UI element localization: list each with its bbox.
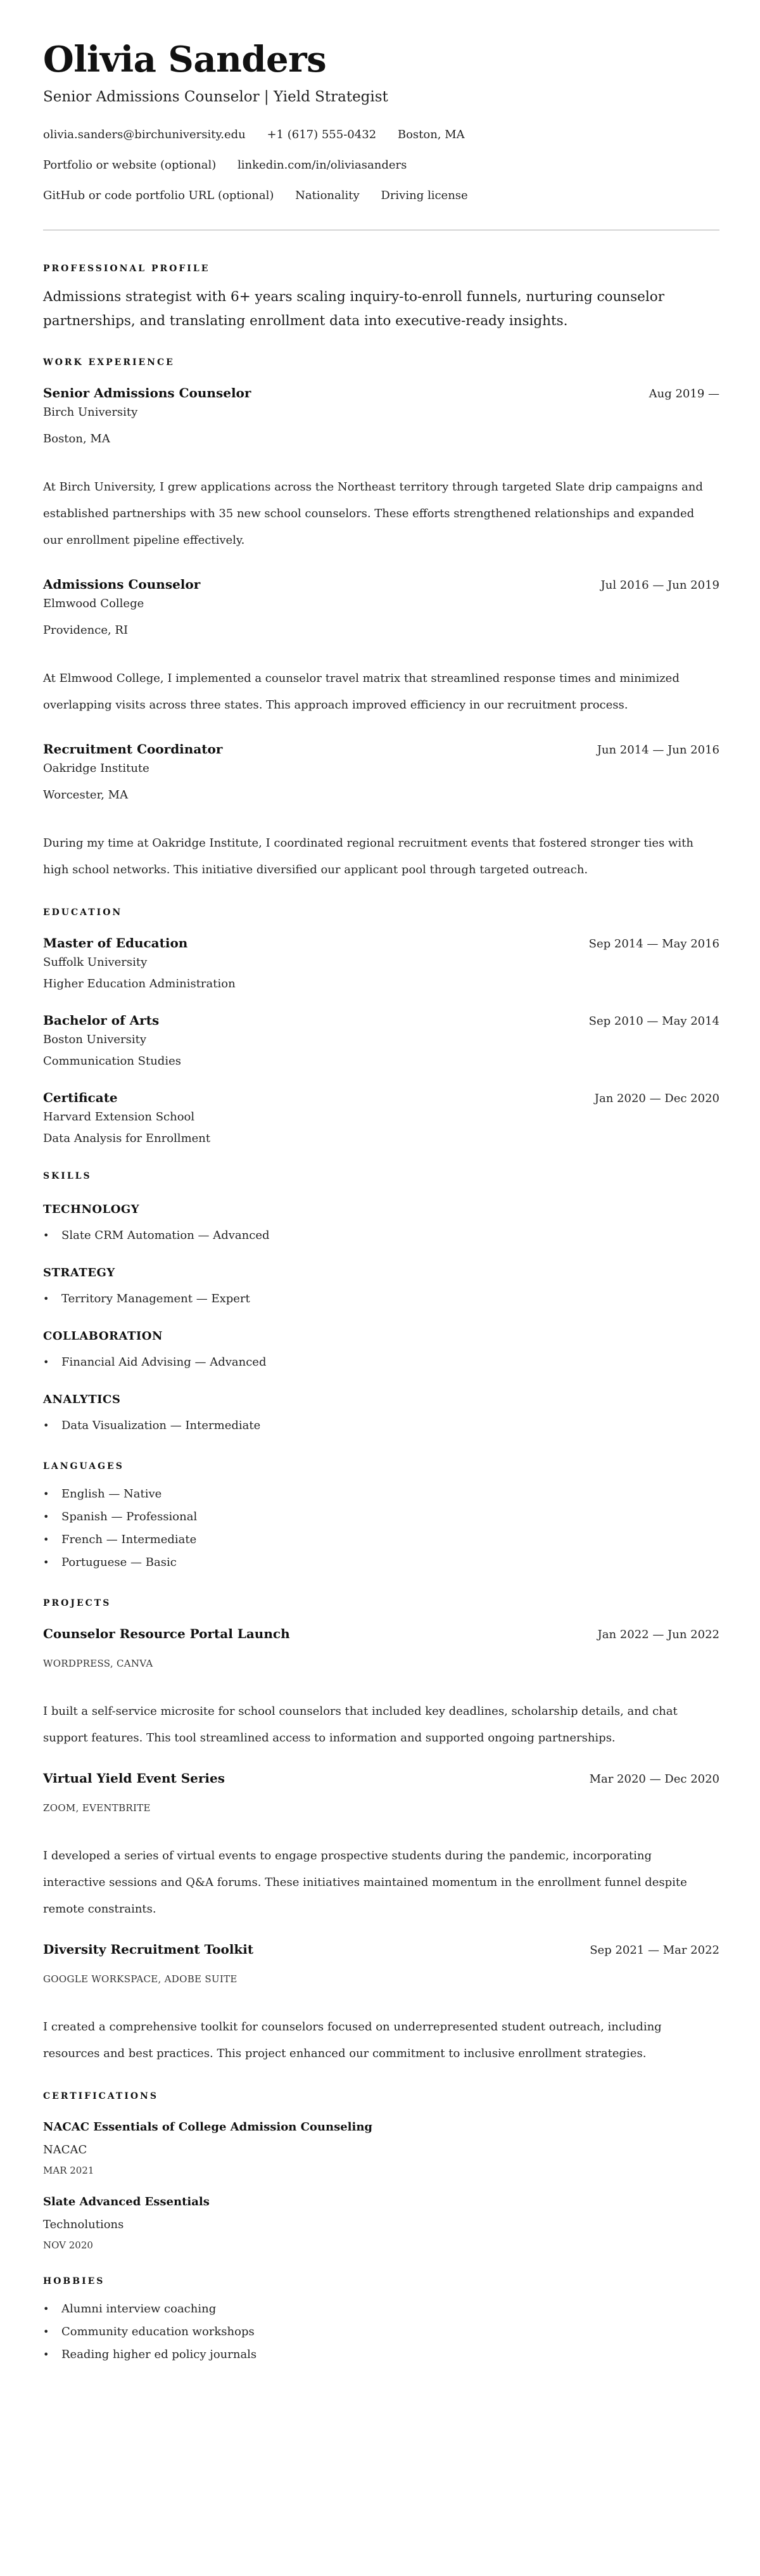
language-list: English — Native Spanish — Professional …	[43, 1483, 719, 1574]
hobby-item: Alumni interview coaching	[61, 2298, 719, 2321]
project-date: Sep 2021 — Mar 2022	[590, 1942, 719, 1959]
school-name: Boston University	[43, 1032, 719, 1048]
project-entry: Diversity Recruitment Toolkit Sep 2021 —…	[43, 1940, 719, 2067]
skill-item: Data Visualization — Intermediate	[61, 1414, 719, 1437]
contact-row: olivia.sanders@birchuniversity.edu +1 (6…	[43, 127, 719, 143]
contact-nationality: Nationality	[295, 189, 360, 202]
contact-row: GitHub or code portfolio URL (optional) …	[43, 188, 719, 204]
skill-group-title: STRATEGY	[43, 1265, 719, 1281]
job-location: Worcester, MA	[43, 787, 719, 804]
degree-title: Certificate	[43, 1089, 118, 1106]
header-divider	[43, 229, 719, 231]
certification-entry: NACAC Essentials of College Admission Co…	[43, 2119, 719, 2177]
contact-github[interactable]: GitHub or code portfolio URL (optional)	[43, 189, 274, 202]
job-title: Admissions Counselor	[43, 575, 200, 593]
candidate-headline: Senior Admissions Counselor | Yield Stra…	[43, 86, 719, 108]
job-location: Boston, MA	[43, 431, 719, 447]
project-title: Counselor Resource Portal Launch	[43, 1625, 290, 1643]
job-company: Birch University	[43, 404, 719, 421]
job-company: Elmwood College	[43, 596, 719, 612]
project-title: Virtual Yield Event Series	[43, 1769, 225, 1787]
projects-section: Projects Counselor Resource Portal Launc…	[43, 1597, 719, 2067]
education-date: Sep 2010 — May 2014	[589, 1013, 719, 1030]
project-title: Diversity Recruitment Toolkit	[43, 1940, 253, 1958]
contact-portfolio[interactable]: Portfolio or website (optional)	[43, 158, 216, 172]
education-entry: Certificate Jan 2020 — Dec 2020 Harvard …	[43, 1089, 719, 1147]
section-title: Professional Profile	[43, 262, 719, 275]
resume-page: Olivia Sanders Senior Admissions Counsel…	[0, 0, 760, 2392]
project-tech: WordPress, Canva	[43, 1656, 719, 1670]
hobby-list: Alumni interview coaching Community educ…	[43, 2298, 719, 2366]
project-description: I created a comprehensive toolkit for co…	[43, 2014, 719, 2067]
certification-date: Mar 2021	[43, 2163, 719, 2177]
project-entry: Counselor Resource Portal Launch Jan 202…	[43, 1625, 719, 1752]
degree-title: Bachelor of Arts	[43, 1011, 159, 1029]
skill-list: Financial Aid Advising — Advanced	[43, 1351, 719, 1374]
job-date: Jun 2014 — Jun 2016	[597, 741, 719, 759]
section-title: Education	[43, 906, 719, 919]
job-title: Senior Admissions Counselor	[43, 384, 251, 402]
certification-issuer: Technolutions	[43, 2217, 719, 2233]
degree-title: Master of Education	[43, 934, 187, 952]
contact-email[interactable]: olivia.sanders@birchuniversity.edu	[43, 128, 246, 141]
school-name: Suffolk University	[43, 954, 719, 971]
section-title: Work Experience	[43, 356, 719, 369]
skill-item: Financial Aid Advising — Advanced	[61, 1351, 719, 1374]
language-item: Portuguese — Basic	[61, 1551, 719, 1574]
hobby-item: Reading higher ed policy journals	[61, 2343, 719, 2366]
hobbies-section: Hobbies Alumni interview coaching Commun…	[43, 2275, 719, 2366]
skill-group-title: TECHNOLOGY	[43, 1201, 719, 1218]
project-date: Jan 2022 — Jun 2022	[598, 1626, 719, 1644]
contact-location: Boston, MA	[398, 128, 465, 141]
field-of-study: Communication Studies	[43, 1053, 719, 1070]
field-of-study: Data Analysis for Enrollment	[43, 1131, 719, 1147]
hobby-item: Community education workshops	[61, 2321, 719, 2343]
section-title: Hobbies	[43, 2275, 719, 2288]
skill-list: Slate CRM Automation — Advanced	[43, 1224, 719, 1247]
project-description: I developed a series of virtual events t…	[43, 1843, 719, 1923]
job-company: Oakridge Institute	[43, 760, 719, 777]
job-date: Jul 2016 — Jun 2019	[601, 577, 719, 594]
certification-date: Nov 2020	[43, 2238, 719, 2252]
skill-group-title: COLLABORATION	[43, 1328, 719, 1345]
field-of-study: Higher Education Administration	[43, 976, 719, 992]
job-location: Providence, RI	[43, 622, 719, 639]
school-name: Harvard Extension School	[43, 1109, 719, 1125]
skill-item: Territory Management — Expert	[61, 1288, 719, 1310]
certification-issuer: NACAC	[43, 2142, 719, 2158]
education-entry: Bachelor of Arts Sep 2010 — May 2014 Bos…	[43, 1011, 719, 1070]
job-description: During my time at Oakridge Institute, I …	[43, 830, 719, 883]
candidate-name: Olivia Sanders	[43, 37, 719, 82]
profile-section: Professional Profile Admissions strategi…	[43, 262, 719, 333]
profile-summary: Admissions strategist with 6+ years scal…	[43, 285, 719, 333]
section-title: Skills	[43, 1170, 719, 1182]
skill-list: Territory Management — Expert	[43, 1288, 719, 1310]
section-title: Certifications	[43, 2090, 719, 2103]
project-tech: Zoom, Eventbrite	[43, 1801, 719, 1815]
certification-title: Slate Advanced Essentials	[43, 2194, 719, 2210]
skill-group-title: ANALYTICS	[43, 1392, 719, 1408]
project-description: I built a self-service microsite for sch…	[43, 1698, 719, 1752]
section-title: Languages	[43, 1460, 719, 1473]
skills-section: Skills TECHNOLOGY Slate CRM Automation —…	[43, 1170, 719, 1437]
project-date: Mar 2020 — Dec 2020	[590, 1771, 719, 1788]
certifications-section: Certifications NACAC Essentials of Colle…	[43, 2090, 719, 2252]
languages-section: Languages English — Native Spanish — Pro…	[43, 1460, 719, 1574]
job-entry: Admissions Counselor Jul 2016 — Jun 2019…	[43, 575, 719, 719]
job-description: At Birch University, I grew applications…	[43, 474, 719, 554]
job-entry: Recruitment Coordinator Jun 2014 — Jun 2…	[43, 740, 719, 883]
experience-section: Work Experience Senior Admissions Counse…	[43, 356, 719, 883]
certification-entry: Slate Advanced Essentials Technolutions …	[43, 2194, 719, 2252]
project-entry: Virtual Yield Event Series Mar 2020 — De…	[43, 1769, 719, 1923]
contact-linkedin[interactable]: linkedin.com/in/oliviasanders	[237, 158, 407, 172]
language-item: French — Intermediate	[61, 1528, 719, 1551]
job-description: At Elmwood College, I implemented a coun…	[43, 665, 719, 719]
resume-header: Olivia Sanders Senior Admissions Counsel…	[43, 37, 719, 204]
language-item: English — Native	[61, 1483, 719, 1506]
skill-item: Slate CRM Automation — Advanced	[61, 1224, 719, 1247]
certification-title: NACAC Essentials of College Admission Co…	[43, 2119, 719, 2136]
language-item: Spanish — Professional	[61, 1506, 719, 1528]
education-entry: Master of Education Sep 2014 — May 2016 …	[43, 934, 719, 992]
project-tech: Google Workspace, Adobe Suite	[43, 1972, 719, 1986]
contact-row: Portfolio or website (optional) linkedin…	[43, 157, 719, 174]
job-entry: Senior Admissions Counselor Aug 2019 — B…	[43, 384, 719, 554]
job-date: Aug 2019 —	[649, 385, 719, 403]
skill-list: Data Visualization — Intermediate	[43, 1414, 719, 1437]
contact-driving-license: Driving license	[381, 189, 467, 202]
education-section: Education Master of Education Sep 2014 —…	[43, 906, 719, 1147]
education-date: Jan 2020 — Dec 2020	[595, 1090, 719, 1108]
education-date: Sep 2014 — May 2016	[589, 935, 719, 953]
section-title: Projects	[43, 1597, 719, 1610]
job-title: Recruitment Coordinator	[43, 740, 222, 758]
contact-phone[interactable]: +1 (617) 555-0432	[267, 128, 376, 141]
